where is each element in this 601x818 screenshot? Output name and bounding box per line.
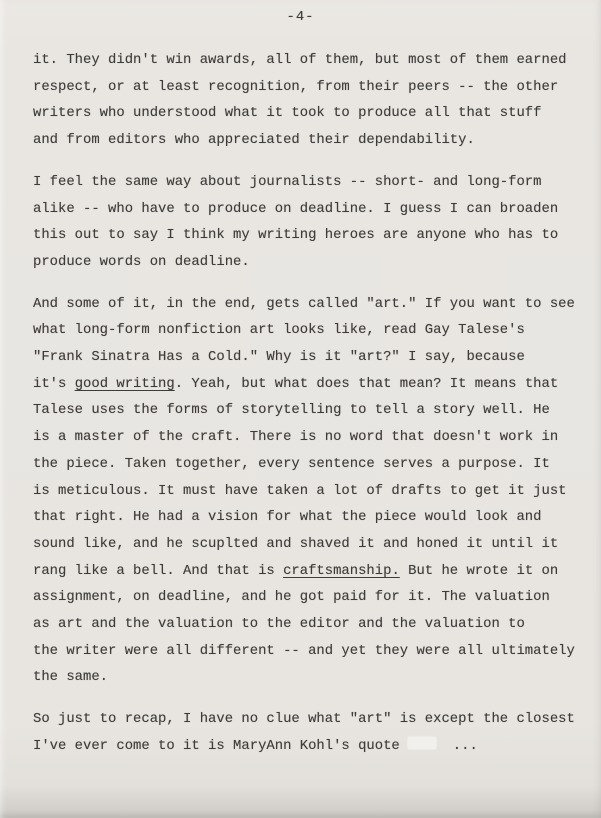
paragraph: it. They didn't win awards, all of them,… [33, 47, 587, 154]
paragraphs: it. They didn't win awards, all of them,… [0, 26, 601, 760]
paragraph: So just to recap, I have no clue what "a… [33, 706, 587, 759]
underlined-text: craftsmanship. [283, 563, 400, 579]
page-number: -4- [0, 0, 601, 26]
paragraph: I feel the same way about journalists --… [33, 169, 587, 276]
typewritten-page: -4- it. They didn't win awards, all of t… [0, 0, 601, 818]
underlined-text: good writing [75, 376, 175, 392]
whiteout-correction [408, 737, 436, 749]
paragraph: And some of it, in the end, gets called … [33, 291, 587, 692]
